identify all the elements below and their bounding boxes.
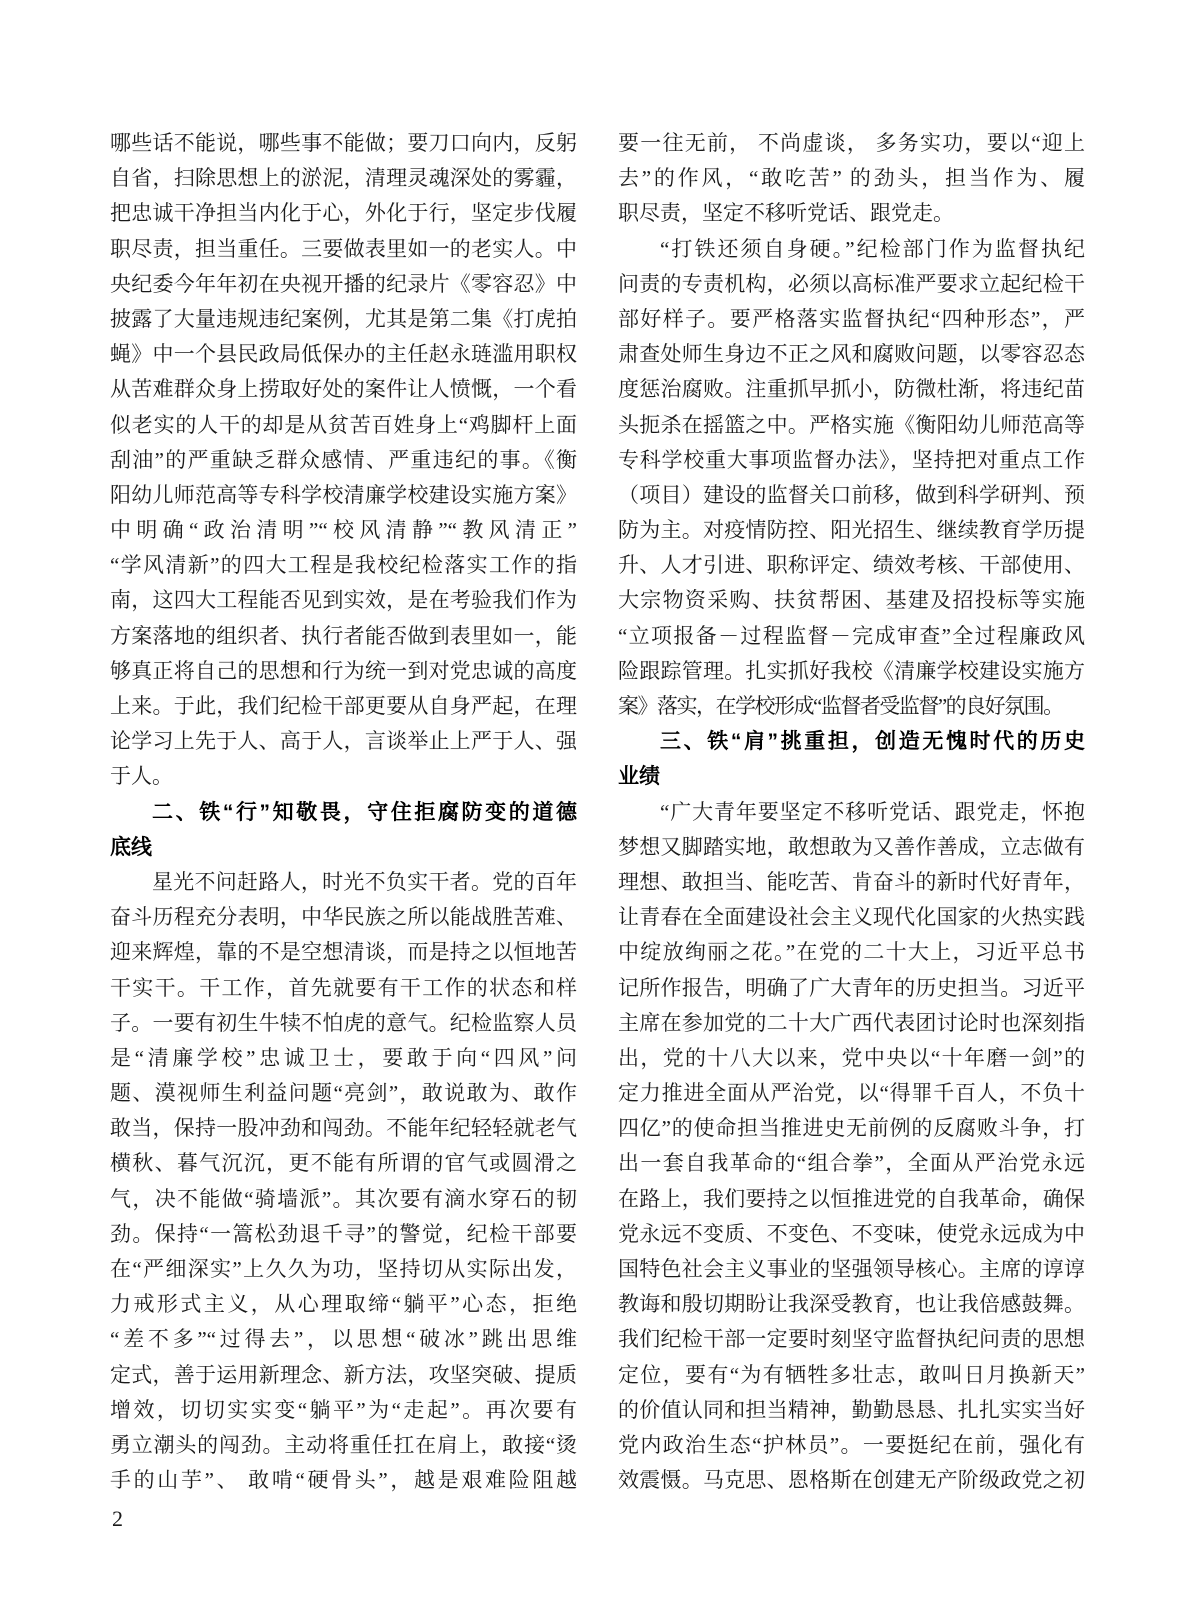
text-line: 似老实的人干的却是从贫苦百姓身上“鸡脚杆上面 [110,408,577,443]
text-line: 劲。保持“一篙松劲退千寻”的警觉，纪检干部要 [110,1217,577,1252]
text-line: 肃查处师生身边不正之风和腐败问题，以零容忍态 [618,337,1085,372]
text-column-right: 要一往无前， 不尚虚谈， 多务实功，要以“迎上去”的作风，“敢吃苦” 的劲头，担… [618,126,1085,1498]
page-number: 2 [112,1505,123,1533]
text-line: 去”的作风，“敢吃苦” 的劲头，担当作为、履 [618,161,1085,196]
text-line: 度惩治腐败。注重抓早抓小，防微杜渐，将违纪苗 [618,372,1085,407]
text-line: 把忠诚干净担当内化于心，外化于行，坚定步伐履 [110,196,577,231]
text-line: 定力推进全面从严治党，以“得罪千百人，不负十 [618,1076,1085,1111]
text-line: 中明确“政治清明”“校风清静”“教风清正” [110,513,577,548]
text-line: 披露了大量违规违纪案例，尤其是第二集《打虎拍 [110,302,577,337]
text-line: 定位，要有“为有牺牲多壮志，敢叫日月换新天” [618,1358,1085,1393]
text-line: 要一往无前， 不尚虚谈， 多务实功，要以“迎上 [618,126,1085,161]
text-line: “广大青年要坚定不移听党话、跟党走，怀抱 [618,795,1085,830]
text-line: 勇立潮头的闯劲。主动将重任扛在肩上，敢接“烫 [110,1428,577,1463]
text-line: 横秋、暮气沉沉，更不能有所谓的官气或圆滑之 [110,1146,577,1181]
text-line: 从苦难群众身上捞取好处的案件让人愤慨，一个看 [110,372,577,407]
text-columns: 哪些话不能说，哪些事不能做；要刀口向内，反躬自省，扫除思想上的淤泥，清理灵魂深处… [110,126,1085,1498]
document-page: 哪些话不能说，哪些事不能做；要刀口向内，反躬自省，扫除思想上的淤泥，清理灵魂深处… [0,0,1191,1616]
text-line: 央纪委今年年初在央视开播的纪录片《零容忍》中 [110,267,577,302]
text-line: 出一套自我革命的“组合拳”，全面从严治党永远 [618,1146,1085,1181]
text-line: 增效，切切实实变“躺平”为“走起”。再次要有 [110,1393,577,1428]
text-line: 效震慑。马克思、恩格斯在创建无产阶级政党之初 [618,1463,1085,1498]
text-line: 自省，扫除思想上的淤泥，清理灵魂深处的雾霾， [110,161,577,196]
text-line: 国特色社会主义事业的坚强领导核心。主席的谆谆 [618,1252,1085,1287]
heading-line: 三、铁“肩”挑重担，创造无愧时代的历史 [618,724,1085,759]
text-line: 敢当，保持一股冲劲和闯劲。不能年纪轻轻就老气 [110,1111,577,1146]
text-line: 迎来辉煌，靠的不是空想清谈，而是持之以恒地苦 [110,935,577,970]
text-line: 头扼杀在摇篮之中。严格实施《衡阳幼儿师范高等 [618,408,1085,443]
text-line: 记所作报告，明确了广大青年的历史担当。习近平 [618,971,1085,1006]
text-line: 够真正将自己的思想和行为统一到对党忠诚的高度 [110,654,577,689]
heading-line: 业绩 [618,759,1085,794]
text-line: 干实干。干工作，首先就要有干工作的状态和样 [110,971,577,1006]
text-line: 党永远不变质、不变色、不变味，使党永远成为中 [618,1217,1085,1252]
heading-line: 二、铁“行”知敬畏，守住拒腐防变的道德 [110,795,577,830]
text-line: 方案落地的组织者、执行者能否做到表里如一，能 [110,619,577,654]
text-line: 力戒形式主义，从心理取缔“躺平”心态，拒绝 [110,1287,577,1322]
text-line: 蝇》中一个县民政局低保办的主任赵永琏滥用职权 [110,337,577,372]
text-line: 案》落实，在学校形成“监督者受监督”的良好氛围。 [618,689,1085,724]
text-line: 险跟踪管理。扎实抓好我校《清廉学校建设实施方 [618,654,1085,689]
text-line: 我们纪检干部一定要时刻坚守监督执纪问责的思想 [618,1322,1085,1357]
text-line: 在路上，我们要持之以恒推进党的自我革命，确保 [618,1182,1085,1217]
text-line: 四亿”的使命担当推进史无前例的反腐败斗争，打 [618,1111,1085,1146]
text-line: 专科学校重大事项监督办法》，坚持把对重点工作 [618,443,1085,478]
text-line: 题、漠视师生利益问题“亮剑”，敢说敢为、敢作 [110,1076,577,1111]
text-line: 定式，善于运用新理念、新方法，攻坚突破、提质 [110,1358,577,1393]
text-line: 气，决不能做“骑墙派”。其次要有滴水穿石的韧 [110,1182,577,1217]
text-line: 刮油”的严重缺乏群众感情、严重违纪的事。《衡 [110,443,577,478]
text-line: 大宗物资采购、扶贫帮困、基建及招投标等实施 [618,583,1085,618]
text-line: 手的山芋”、 敢啃“硬骨头”，越是艰难险阻越 [110,1463,577,1498]
text-line: “打铁还须自身硬。”纪检部门作为监督执纪 [618,232,1085,267]
text-column-left: 哪些话不能说，哪些事不能做；要刀口向内，反躬自省，扫除思想上的淤泥，清理灵魂深处… [110,126,577,1498]
text-line: 上来。于此，我们纪检干部更要从自身严起，在理 [110,689,577,724]
text-line: 理想、敢担当、能吃苦、肯奋斗的新时代好青年， [618,865,1085,900]
text-line: （项目）建设的监督关口前移，做到科学研判、预 [618,478,1085,513]
text-line: 主席在参加党的二十大广西代表团讨论时也深刻指 [618,1006,1085,1041]
text-line: 星光不问赶路人，时光不负实干者。党的百年 [110,865,577,900]
text-line: 在“严细深实”上久久为功，坚持切从实际出发， [110,1252,577,1287]
text-line: 职尽责，坚定不移听党话、跟党走。 [618,196,1085,231]
text-line: 问责的专责机构，必须以高标准严要求立起纪检干 [618,267,1085,302]
text-line: 论学习上先于人、高于人，言谈举止上严于人、强 [110,724,577,759]
text-line: 阳幼儿师范高等专科学校清廉学校建设实施方案》 [110,478,577,513]
text-line: 哪些话不能说，哪些事不能做；要刀口向内，反躬 [110,126,577,161]
text-line: 于人。 [110,759,577,794]
heading-line: 底线 [110,830,577,865]
text-line: 出，党的十八大以来，党中央以“十年磨一剑”的 [618,1041,1085,1076]
text-line: 中绽放绚丽之花。”在党的二十大上，习近平总书 [618,935,1085,970]
text-line: 职尽责，担当重任。三要做表里如一的老实人。中 [110,232,577,267]
text-line: 升、人才引进、职称评定、绩效考核、干部使用、 [618,548,1085,583]
text-line: 梦想又脚踏实地，敢想敢为又善作善成，立志做有 [618,830,1085,865]
text-line: “差不多”“过得去”，以思想“破冰”跳出思维 [110,1322,577,1357]
text-line: 南，这四大工程能否见到实效，是在考验我们作为 [110,583,577,618]
text-line: 党内政治生态“护林员”。一要挺纪在前，强化有 [618,1428,1085,1463]
text-line: 的价值认同和担当精神，勤勤恳恳、扎扎实实当好 [618,1393,1085,1428]
text-line: 是“清廉学校”忠诚卫士，要敢于向“四风”问 [110,1041,577,1076]
text-line: 子。一要有初生牛犊不怕虎的意气。纪检监察人员 [110,1006,577,1041]
text-line: 部好样子。要严格落实监督执纪“四种形态”，严 [618,302,1085,337]
text-line: “立项报备－过程监督－完成审查”全过程廉政风 [618,619,1085,654]
text-line: 防为主。对疫情防控、阳光招生、继续教育学历提 [618,513,1085,548]
text-line: 教诲和殷切期盼让我深受教育，也让我倍感鼓舞。 [618,1287,1085,1322]
text-line: “学风清新”的四大工程是我校纪检落实工作的指 [110,548,577,583]
text-line: 让青春在全面建设社会主义现代化国家的火热实践 [618,900,1085,935]
text-line: 奋斗历程充分表明，中华民族之所以能战胜苦难、 [110,900,577,935]
